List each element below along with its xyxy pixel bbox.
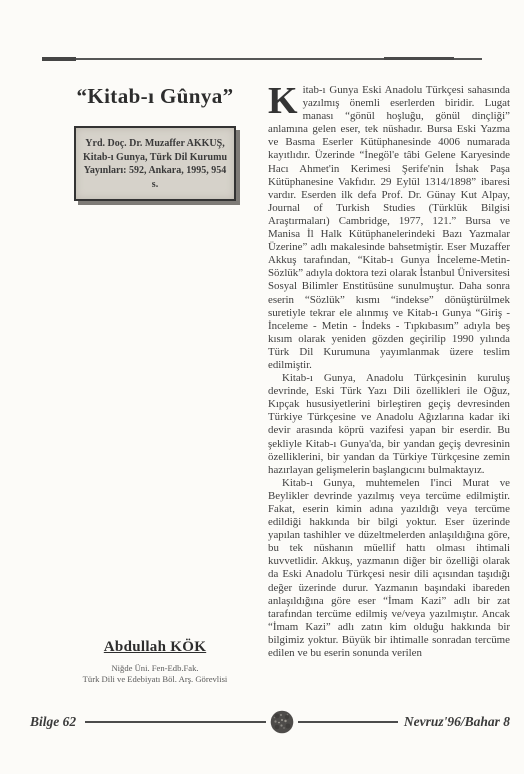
author-block: Abdullah KÖK Niğde Üni. Fen-Edb.Fak. Tür… [44,639,266,685]
paragraph-1-text: itab-ı Gunya Eski Anadolu Türkçesi sahas… [268,84,510,371]
header-rule [42,58,482,60]
footer-rule-right [298,721,398,723]
citation-line-3: Yayınları: 592, Ankara, 1995, 954 s. [80,164,230,191]
scanned-journal-page: “Kitab-ı Gûnya” Yrd. Doç. Dr. Muzaffer A… [0,0,524,774]
citation-box: Yrd. Doç. Dr. Muzaffer AKKUŞ, Kitab-ı Gu… [74,126,236,201]
citation-line-2: Kitab-ı Gunya, Türk Dil Kurumu [80,151,230,165]
citation-line-1: Yrd. Doç. Dr. Muzaffer AKKUŞ, [80,137,230,151]
footer-rule-left [85,721,265,723]
author-affiliation-line-1: Niğde Üni. Fen-Edb.Fak. [44,663,266,674]
body-paragraph-2: Kitab-ı Gunya, Anadolu Türkçesinin kurul… [268,372,510,477]
article-title: “Kitab-ı Gûnya” [44,84,266,109]
left-column: “Kitab-ı Gûnya” Yrd. Doç. Dr. Muzaffer A… [44,84,266,201]
rosette-ornament-icon [269,709,295,735]
journal-page-label: Bilge 62 [30,714,76,730]
body-paragraph-1: Kitab-ı Gunya Eski Anadolu Türkçesi saha… [268,84,510,372]
body-paragraph-3: Kitab-ı Gunya, muhtemelen I'inci Murat v… [268,477,510,660]
body-column: Kitab-ı Gunya Eski Anadolu Türkçesi saha… [268,84,510,706]
page-footer: Bilge 62 Nevruz'96/Bahar 8 [30,709,510,735]
issue-label: Nevruz'96/Bahar 8 [404,714,510,730]
dropcap-letter: K [268,84,303,117]
author-affiliation-line-2: Türk Dili ve Edebiyatı Böl. Arş. Görevli… [44,674,266,685]
author-name: Abdullah KÖK [44,639,266,656]
